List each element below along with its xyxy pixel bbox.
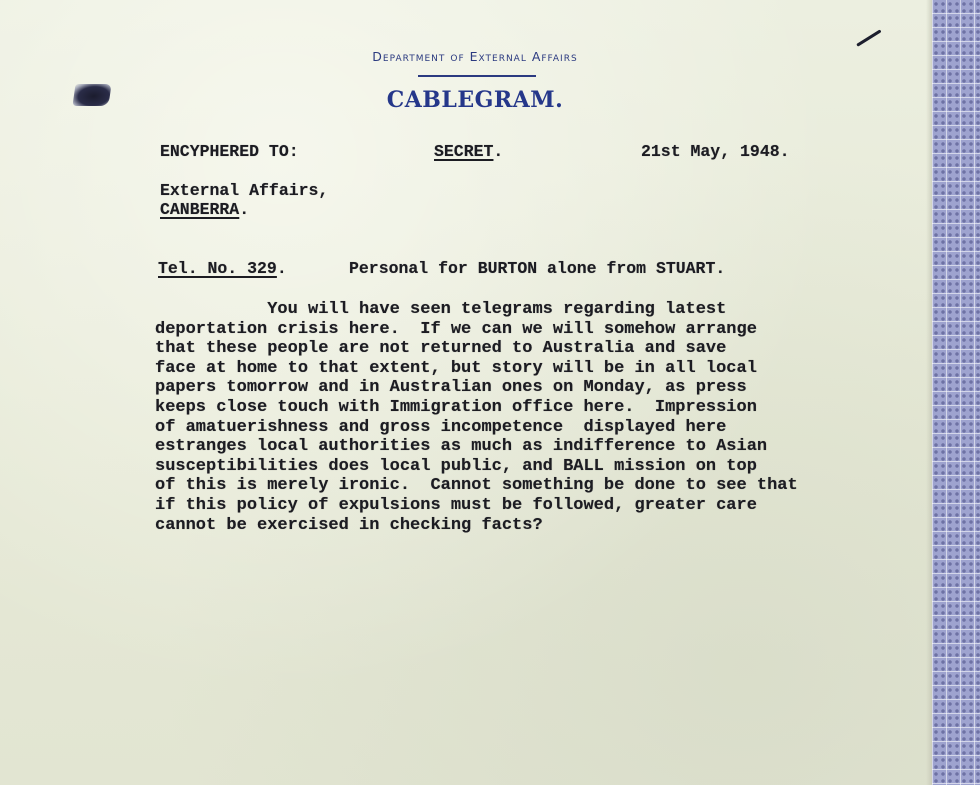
cable-body: You will have seen telegrams regarding l… [155,300,945,535]
telegram-number: Tel. No. 329. [158,259,287,279]
telegram-number-text: Tel. No. 329 [158,259,277,278]
body-line: estranges local authorities as much as i… [155,437,945,457]
encyphered-label-text: ENCYPHERED TO: [160,142,299,161]
cable-subject: Personal for BURTON alone from STUART. [349,259,725,279]
body-line: keeps close touch with Immigration offic… [155,398,945,418]
body-line: face at home to that extent, but story w… [155,359,945,379]
pen-tick-mark [856,29,881,46]
addressee-line-1: External Affairs, [160,181,328,201]
cable-date: 21st May, 1948. [641,142,790,162]
cablegram-paper: Department of External Affairs CABLEGRAM… [0,0,932,785]
body-line: You will have seen telegrams regarding l… [155,300,945,320]
body-line: susceptibilities does local public, and … [155,457,945,477]
classification-text: SECRET [434,142,493,161]
body-line: cannot be exercised in checking facts? [155,516,945,536]
encyphered-label: ENCYPHERED TO: [160,142,299,162]
body-line: deportation crisis here. If we can we wi… [155,320,945,340]
body-line: of this is merely ironic. Cannot somethi… [155,476,945,496]
department-header: Department of External Affairs [0,49,950,64]
addressee-city: CANBERRA [160,200,239,219]
body-line: if this policy of expulsions must be fol… [155,496,945,516]
body-line: that these people are not returned to Au… [155,339,945,359]
header-divider [418,75,536,77]
patterned-backing-sheet [932,0,980,785]
body-line: papers tomorrow and in Australian ones o… [155,378,945,398]
classification-marking: SECRET. [434,142,503,162]
addressee-line-2: CANBERRA. [160,200,249,220]
document-title: CABLEGRAM. [0,87,950,113]
body-line: of amatuerishness and gross incompetence… [155,418,945,438]
